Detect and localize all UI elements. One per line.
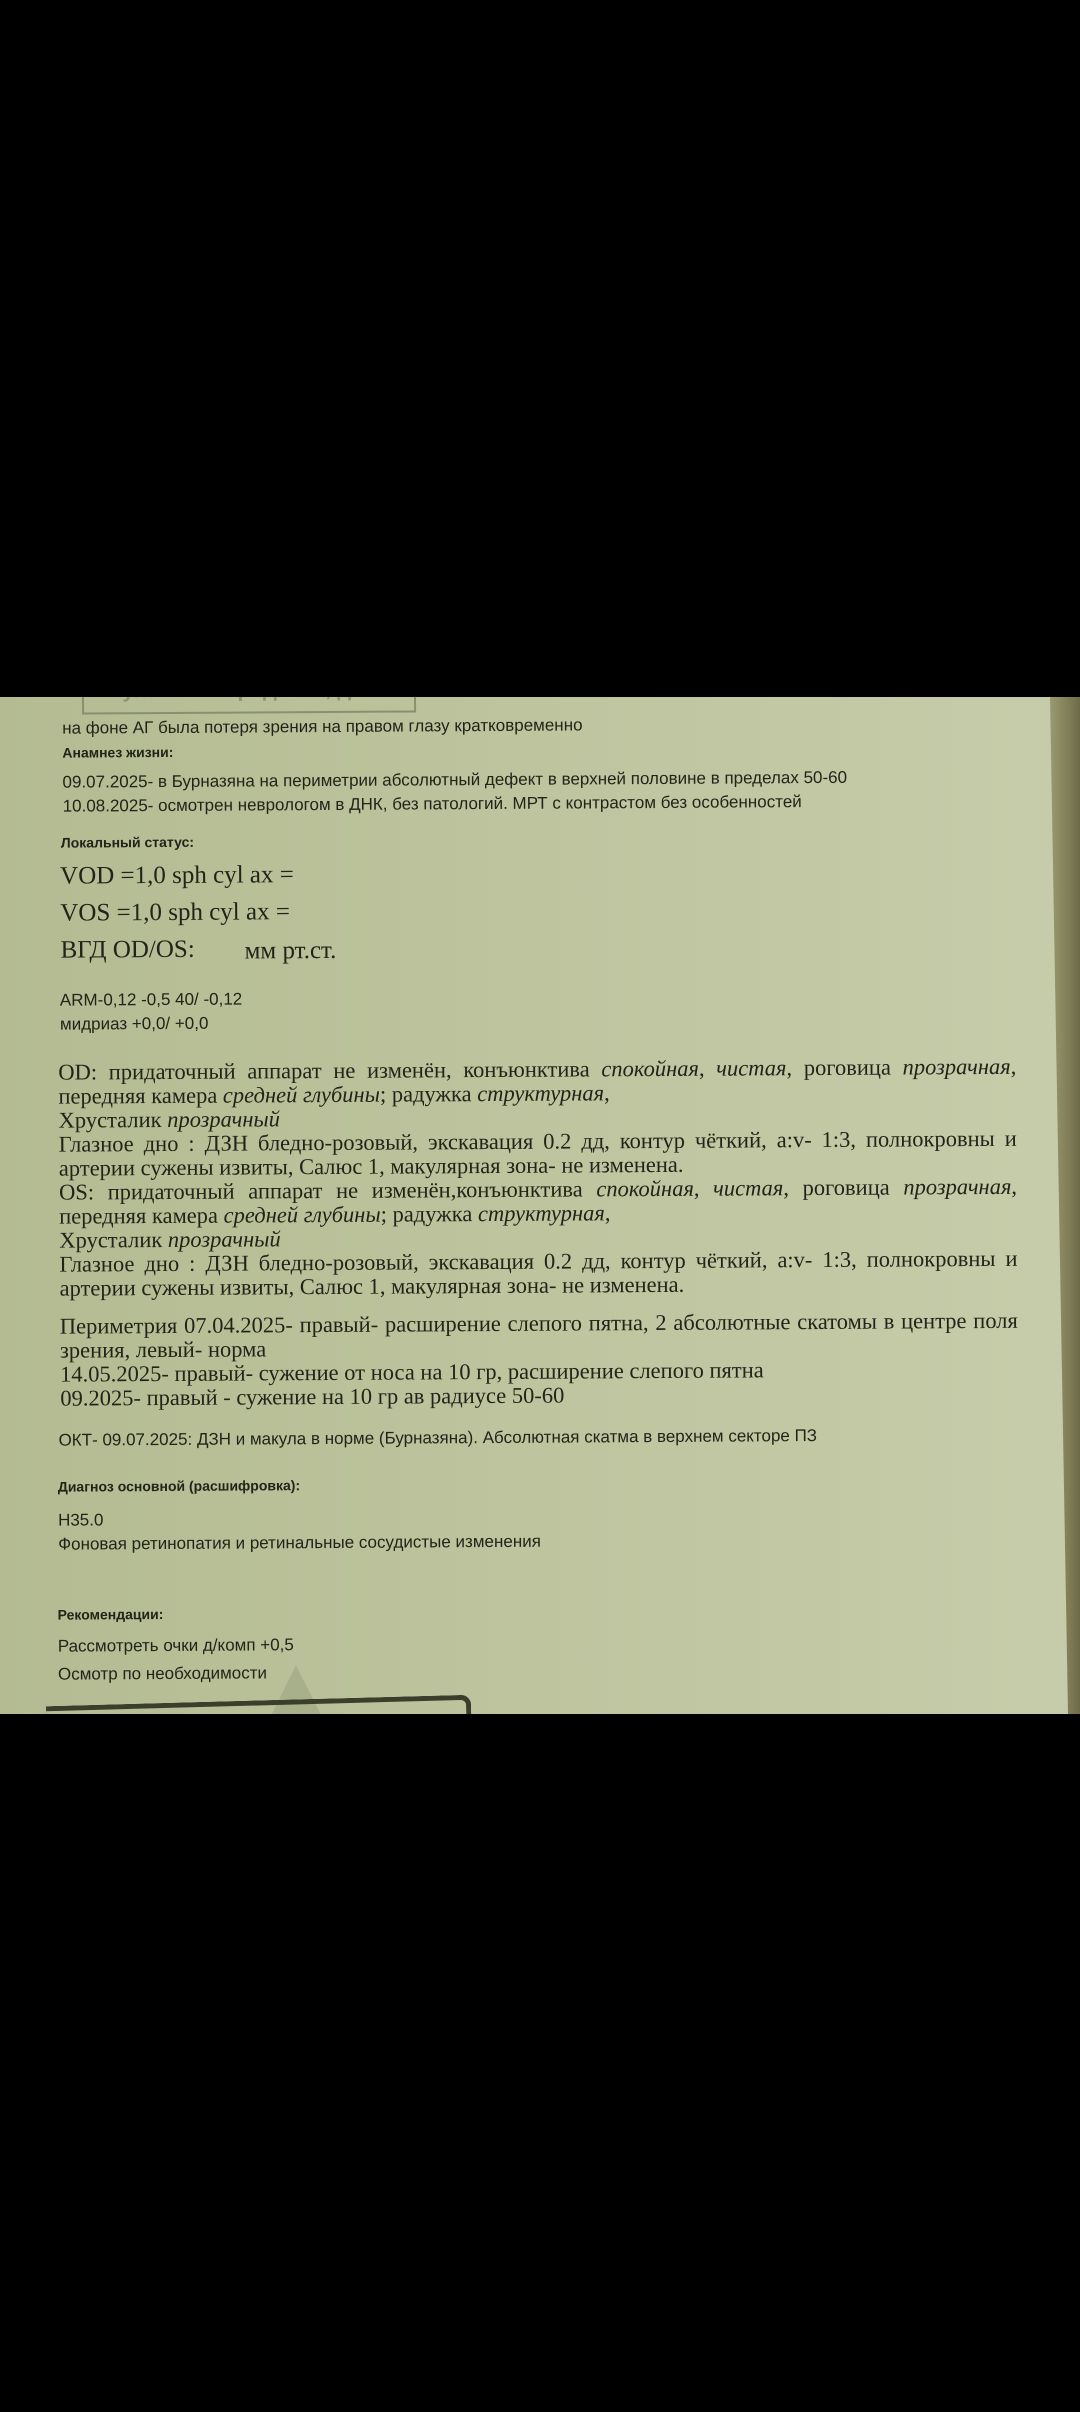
diagnosis-title: Диагноз основной (расшифровка):	[58, 1477, 300, 1494]
anamnesis-life-line: 09.07.2025- в Бурназяна на периметрии аб…	[62, 768, 847, 793]
diagnosis-text: Фоновая ретинопатия и ретинальные сосуди…	[58, 1532, 541, 1555]
vos-line: VOS =1,0 sph cyl ax =	[60, 898, 290, 927]
iop-label: ВГД OD/OS:	[60, 936, 194, 965]
document-photo: ул. Ленинградская, д. 9 на фоне АГ была …	[0, 697, 1080, 1714]
signature-box-edge	[46, 1695, 472, 1714]
os-fundus: Глазное дно : ДЗН бледно-розовый, экскав…	[59, 1247, 1017, 1301]
recommendations-title: Рекомендации:	[58, 1606, 164, 1623]
local-status-title: Локальный статус:	[61, 834, 194, 851]
os-section: OS: придаточный аппарат не изменён,конъю…	[59, 1175, 1018, 1301]
od-section: OD: придаточный аппарат не изменён, конъ…	[58, 1055, 1017, 1181]
diagnosis-code: H35.0	[58, 1510, 103, 1530]
address-stamp: ул. Ленинградская, д. 9	[82, 697, 416, 714]
iop-unit: мм рт.ст.	[244, 937, 336, 966]
perimetry-entry: Периметрия 07.04.2025- правый- расширени…	[60, 1309, 1018, 1363]
mydriasis-line: мидриаз +0,0/ +0,0	[60, 1014, 209, 1035]
anamnesis-disease-tail: на фоне АГ была потеря зрения на правом …	[62, 715, 582, 738]
recommendation-item: Рассмотреть очки д/комп +0,5	[58, 1635, 294, 1656]
recommendation-item: Осмотр по необходимости	[58, 1663, 267, 1684]
od-anterior: OD: придаточный аппарат не изменён, конъ…	[58, 1055, 1016, 1109]
od-fundus: Глазное дно : ДЗН бледно-розовый, экскав…	[59, 1127, 1017, 1181]
medical-document: ул. Ленинградская, д. 9 на фоне АГ была …	[0, 697, 1056, 1714]
perimetry-entry: 09.2025- правый - сужение на 10 гр ав ра…	[60, 1381, 1018, 1411]
oct-line: ОКТ- 09.07.2025: ДЗН и макула в норме (Б…	[58, 1426, 817, 1451]
vod-line: VOD =1,0 sph cyl ax =	[60, 861, 294, 890]
anamnesis-life-line: 10.08.2025- осмотрен неврологом в ДНК, б…	[63, 792, 802, 817]
os-anterior: OS: придаточный аппарат не изменён,конъю…	[59, 1175, 1017, 1229]
anamnesis-life-title: Анамнез жизни:	[62, 744, 173, 761]
arm-line: ARM-0,12 -0,5 40/ -0,12	[60, 990, 242, 1011]
perimetry-section: Периметрия 07.04.2025- правый- расширени…	[60, 1309, 1019, 1411]
